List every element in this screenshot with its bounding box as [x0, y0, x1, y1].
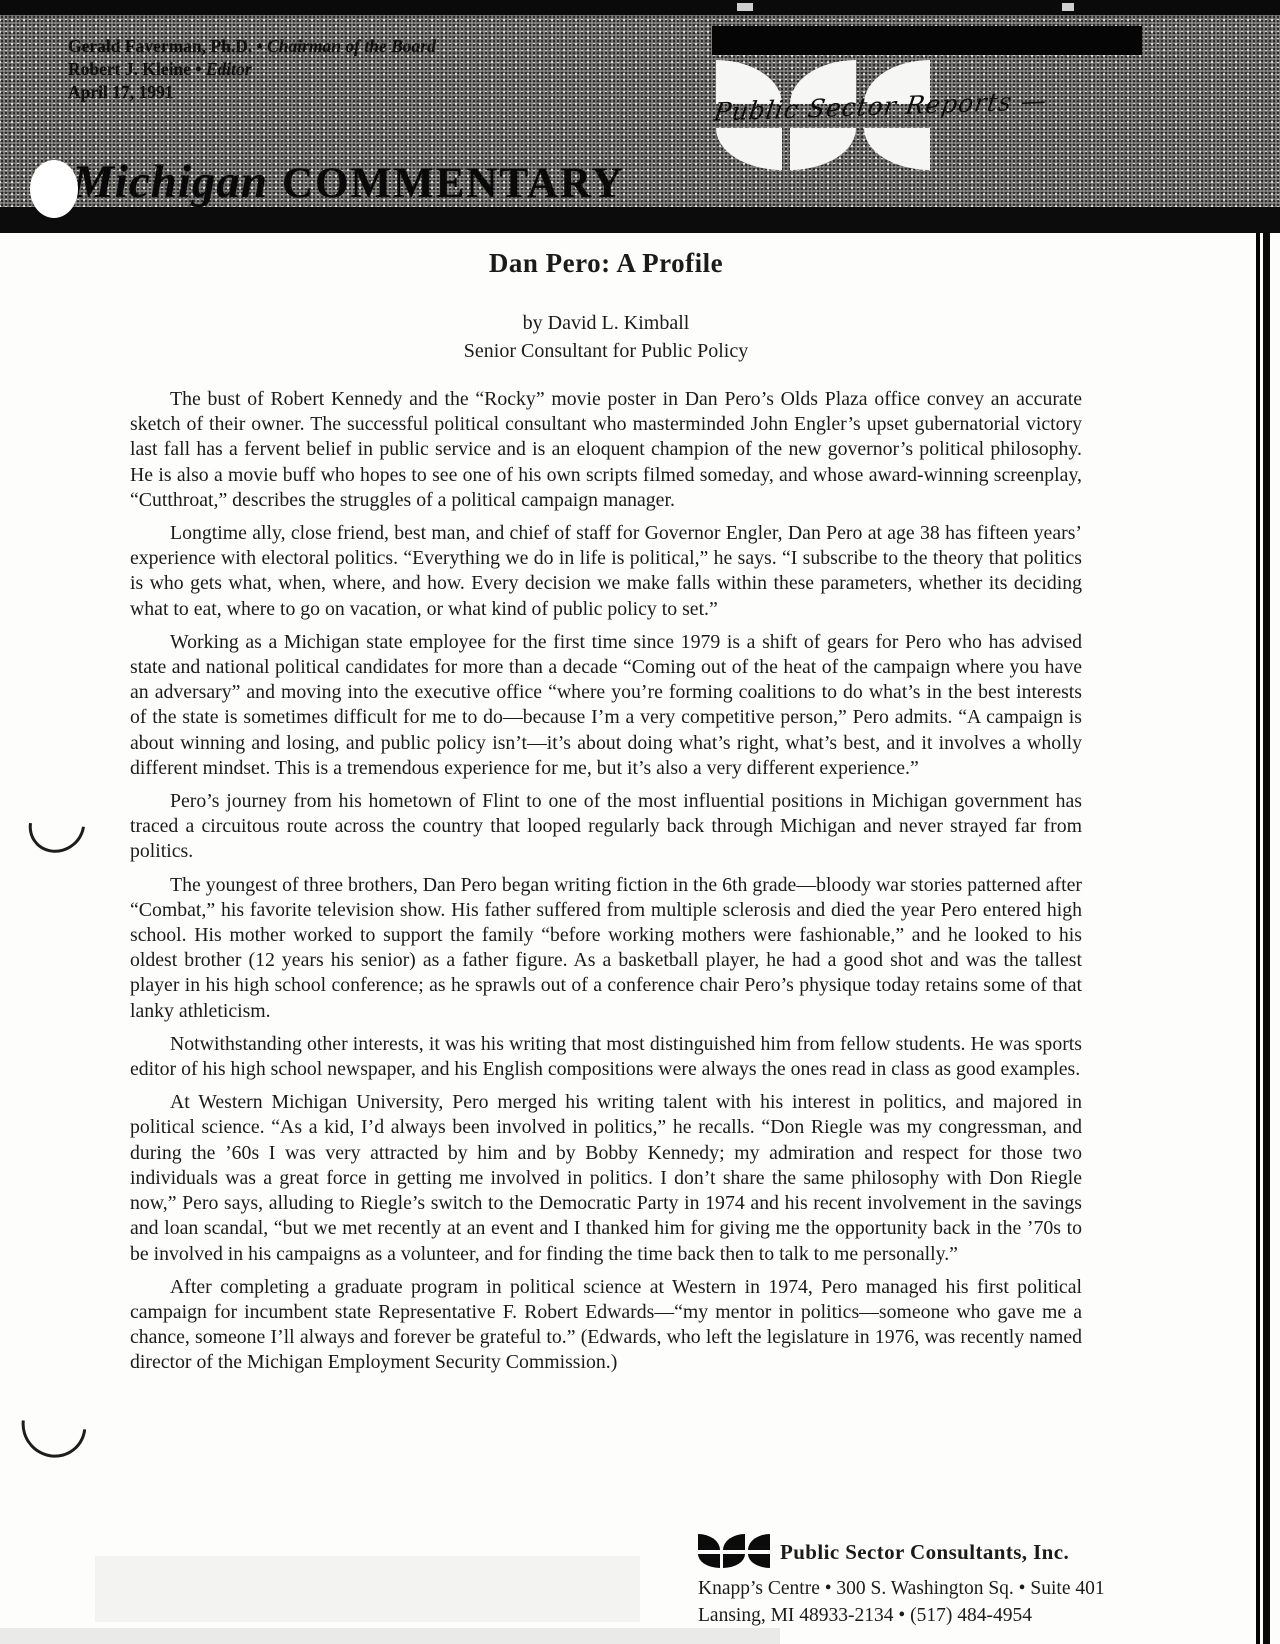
article-paragraph: The youngest of three brothers, Dan Pero…	[130, 873, 1082, 1024]
article-paragraph: The bust of Robert Kennedy and the “Rock…	[130, 387, 1082, 513]
editor-name: Robert J. Kleine	[68, 59, 191, 79]
article-body: The bust of Robert Kennedy and the “Rock…	[130, 387, 1082, 1376]
psc-logo-small-icon	[698, 1534, 770, 1570]
psc-logo-block	[723, 1534, 745, 1550]
article-paragraph: Pero’s journey from his hometown of Flin…	[130, 789, 1082, 865]
top-scan-strip	[0, 0, 1280, 15]
byline-author: by David L. Kimball	[130, 309, 1082, 337]
article-paragraph: Notwithstanding other interests, it was …	[130, 1032, 1082, 1082]
chairman-title: Chairman of the Board	[267, 36, 436, 56]
psc-logo-block	[748, 1554, 770, 1568]
masthead-chairman-line: Gerald Faverman, Ph.D. • Chairman of the…	[68, 35, 436, 58]
byline-role: Senior Consultant for Public Policy	[130, 337, 1082, 365]
scanned-newsletter-page: Gerald Faverman, Ph.D. • Chairman of the…	[0, 0, 1280, 1644]
newsletter-title-michigan: Michigan	[72, 156, 268, 208]
scan-edge-bar	[1263, 233, 1270, 1644]
editor-title: Editor	[206, 59, 252, 79]
masthead-credits: Gerald Faverman, Ph.D. • Chairman of the…	[68, 35, 436, 104]
bullet-separator: •	[195, 59, 201, 79]
masthead-editor-line: Robert J. Kleine • Editor	[68, 58, 436, 81]
footer-address: Knapp’s Centre • 300 S. Washington Sq. •…	[698, 1575, 1105, 1629]
psc-logo-block	[864, 128, 930, 170]
scan-notch	[737, 3, 753, 11]
scan-ghost-smudge	[0, 1628, 780, 1644]
footer-brand-row: Public Sector Consultants, Inc.	[698, 1534, 1105, 1570]
footer: Public Sector Consultants, Inc. Knapp’s …	[698, 1534, 1105, 1629]
chairman-name: Gerald Faverman, Ph.D.	[68, 36, 252, 56]
scan-black-band	[712, 26, 1142, 55]
psc-logo-block	[698, 1554, 720, 1568]
article-paragraph: Working as a Michigan state employee for…	[130, 630, 1082, 781]
psc-logo-block	[716, 128, 782, 170]
margin-pen-mark	[8, 1379, 99, 1470]
footer-company-name: Public Sector Consultants, Inc.	[780, 1540, 1069, 1565]
byline: by David L. Kimball Senior Consultant fo…	[130, 309, 1082, 365]
footer-address-line2: Lansing, MI 48933-2134 • (517) 484-4954	[698, 1602, 1105, 1629]
psc-logo-block	[723, 1554, 745, 1568]
footer-address-line1: Knapp’s Centre • 300 S. Washington Sq. •…	[698, 1575, 1105, 1602]
psc-logo-block	[748, 1534, 770, 1550]
newsletter-title: MichiganCOMMENTARY	[72, 155, 625, 209]
article: Dan Pero: A Profile by David L. Kimball …	[130, 240, 1082, 1384]
hole-punch	[30, 160, 78, 218]
scan-edge-bar	[1256, 233, 1260, 1644]
banner-bottom-rule	[0, 207, 1280, 233]
article-paragraph: After completing a graduate program in p…	[130, 1275, 1082, 1376]
newsletter-title-commentary: COMMENTARY	[282, 160, 625, 207]
article-title: Dan Pero: A Profile	[130, 248, 1082, 279]
scan-ghost-smudge	[95, 1556, 640, 1622]
margin-pen-mark	[18, 786, 97, 864]
bullet-separator: •	[257, 36, 263, 56]
article-paragraph: At Western Michigan University, Pero mer…	[130, 1090, 1082, 1266]
issue-date: April 17, 1991	[68, 81, 436, 104]
psc-logo-block	[698, 1534, 720, 1550]
scan-notch	[1062, 3, 1074, 11]
article-paragraph: Longtime ally, close friend, best man, a…	[130, 521, 1082, 622]
psc-logo-block	[790, 128, 856, 170]
